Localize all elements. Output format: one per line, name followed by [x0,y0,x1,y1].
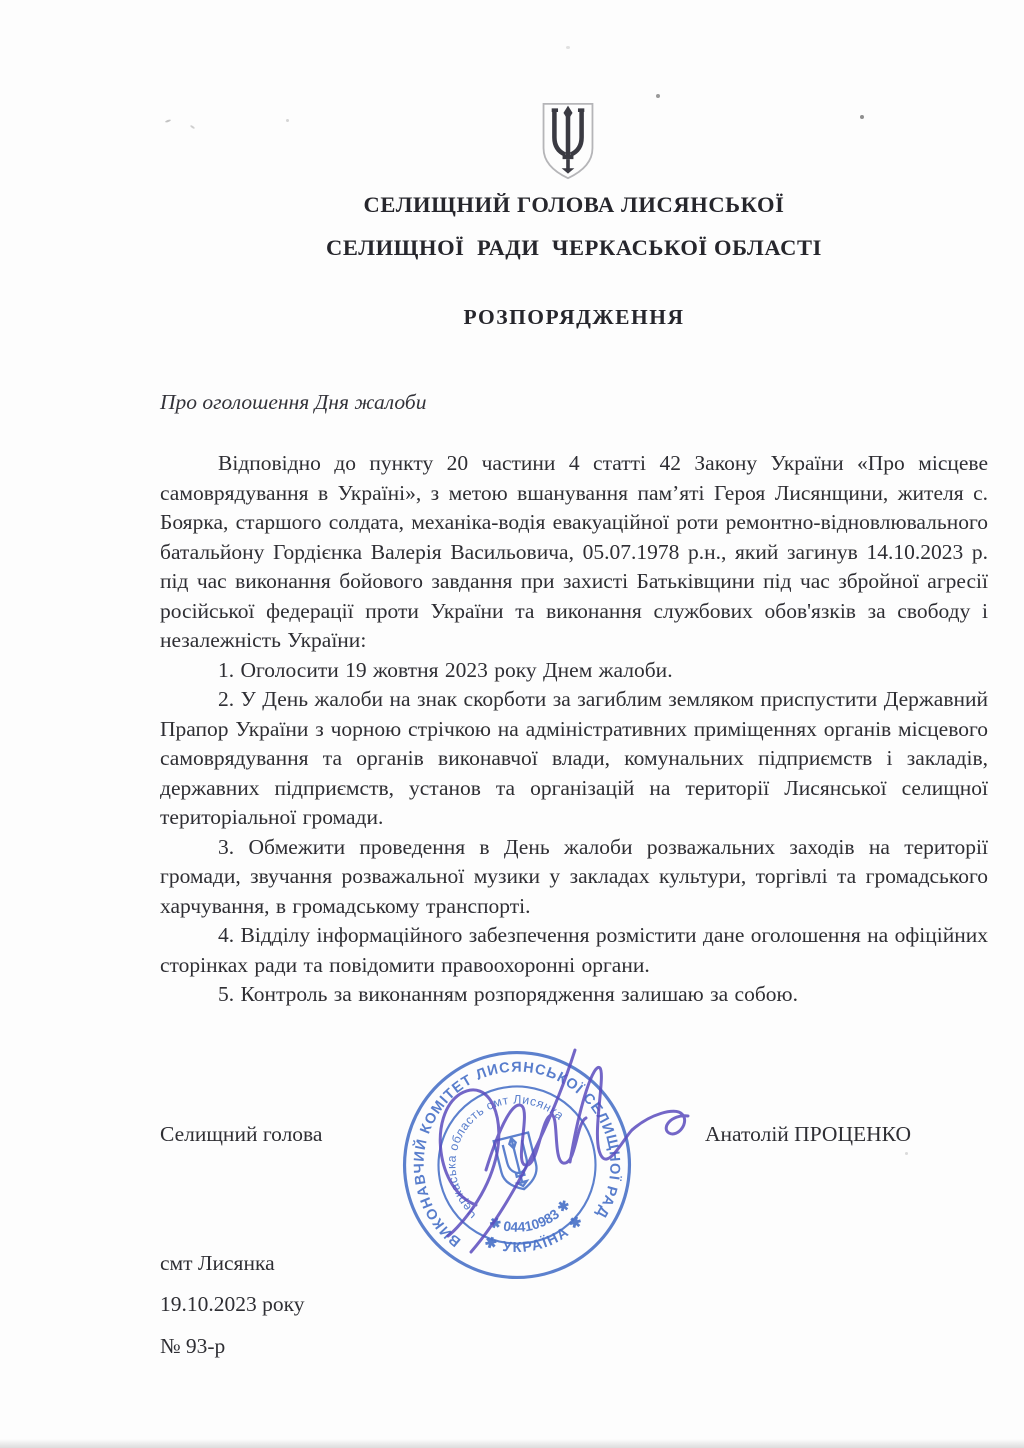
body-paragraph: 2. У День жалоби на знак скорботи за заг… [160,685,988,833]
body-paragraph: 3. Обмежити проведення в День жалоби роз… [160,833,988,922]
signer-position: Селищний голова [160,1122,322,1147]
scan-speck [656,94,660,98]
footer-number: № 93-р [160,1334,225,1359]
document-header: СЕЛИЩНИЙ ГОЛОВА ЛИСЯНСЬКОЇ СЕЛИЩНОЇ РАДИ… [160,192,988,261]
document-page: СЕЛИЩНИЙ ГОЛОВА ЛИСЯНСЬКОЇ СЕЛИЩНОЇ РАДИ… [0,0,1024,1448]
body-paragraph: Відповідно до пункту 20 частини 4 статті… [160,449,988,656]
body-paragraph: 1. Оголосити 19 жовтня 2023 року Днем жа… [160,656,988,686]
footer-place: смт Лисянка [160,1251,275,1276]
handwritten-signature [398,1030,728,1280]
scan-speck [860,115,864,119]
body-paragraph: 4. Відділу інформаційного забезпечення р… [160,921,988,980]
document-type-heading: РОЗПОРЯДЖЕННЯ [160,305,988,330]
scan-speck [286,119,289,122]
body-paragraph: 5. Контроль за виконанням розпорядження … [160,980,988,1010]
ukraine-trident-emblem [539,101,597,181]
scan-speck [165,119,171,123]
scan-speck [190,125,195,130]
document-body: Відповідно до пункту 20 частини 4 статті… [160,449,988,1010]
org-title-line1: СЕЛИЩНИЙ ГОЛОВА ЛИСЯНСЬКОЇ [160,192,988,218]
signer-name: Анатолій ПРОЦЕНКО [705,1122,911,1147]
footer-date: 19.10.2023 року [160,1292,305,1317]
scan-speck [566,46,570,49]
org-title-line2: СЕЛИЩНОЇ РАДИ ЧЕРКАСЬКОЇ ОБЛАСТІ [160,235,988,261]
scan-speck [905,1152,908,1155]
subject-line: Про оголошення Дня жалоби [160,390,426,415]
